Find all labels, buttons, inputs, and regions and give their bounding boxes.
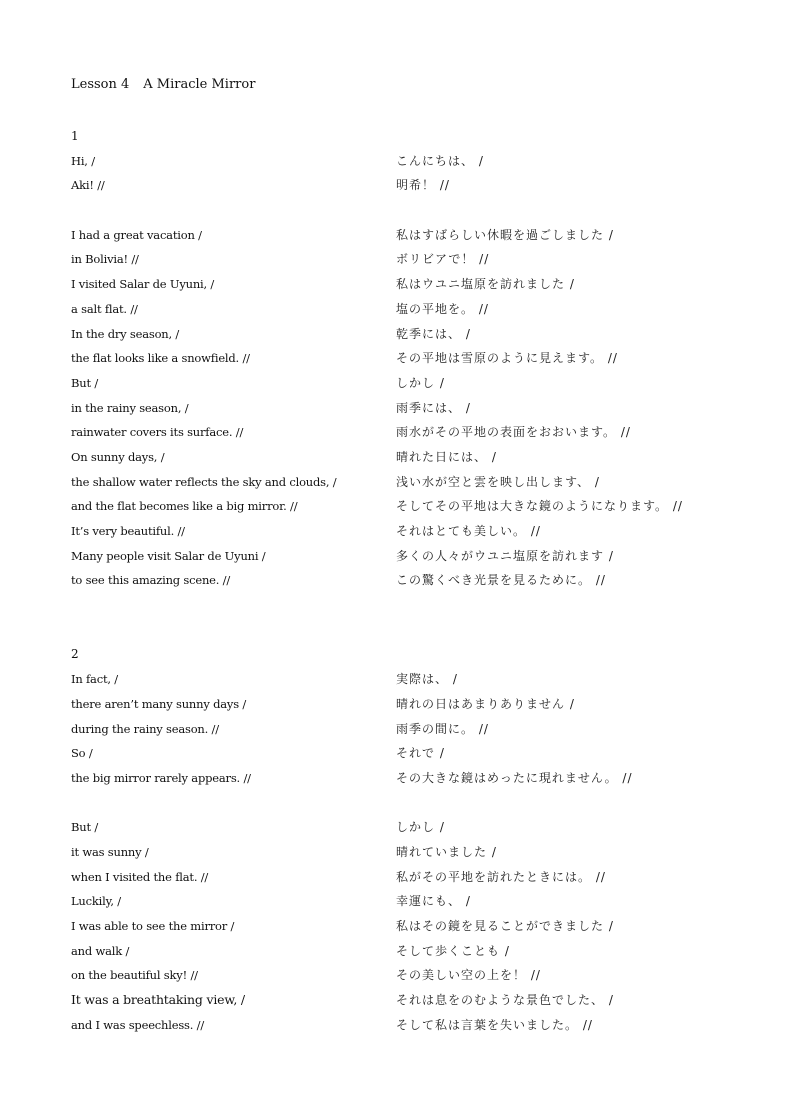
sentence-row: Many people visit Salar de Uyuni /多くの人々が…: [71, 544, 751, 569]
sentence-row: the shallow water reflects the sky and c…: [71, 470, 751, 495]
english-chunk: Many people visit Salar de Uyuni /: [71, 544, 396, 569]
english-chunk: during the rainy season. //: [71, 717, 396, 742]
sentence-row: But /しかし /: [71, 815, 751, 840]
japanese-chunk: 多くの人々がウユニ塩原を訪れます /: [396, 544, 614, 569]
sentence-row: I visited Salar de Uyuni, /私はウユニ塩原を訪れました…: [71, 272, 751, 297]
english-chunk: there aren’t many sunny days /: [71, 692, 396, 717]
sentence-row: it was sunny /晴れていました /: [71, 840, 751, 865]
japanese-chunk: この驚くべき光景を見るために。 //: [396, 568, 606, 593]
english-chunk: and I was speechless. //: [71, 1013, 396, 1038]
japanese-chunk: ボリビアで！ //: [396, 247, 489, 272]
english-chunk: I was able to see the mirror /: [71, 914, 396, 939]
japanese-chunk: そして私は言葉を失いました。 //: [396, 1013, 593, 1038]
japanese-chunk: その美しい空の上を！ //: [396, 963, 541, 988]
sentence-row: But /しかし /: [71, 371, 751, 396]
japanese-chunk: 雨水がその平地の表面をおおいます。 //: [396, 420, 631, 445]
lesson-number: Lesson 4: [71, 77, 129, 92]
japanese-chunk: 晴れの日はあまりありません /: [396, 692, 575, 717]
english-chunk: But /: [71, 815, 396, 840]
english-chunk: So /: [71, 741, 396, 766]
spacer: [71, 593, 751, 618]
japanese-chunk: 私はその鏡を見ることができました /: [396, 914, 614, 939]
english-chunk: I visited Salar de Uyuni, /: [71, 272, 396, 297]
english-chunk: the shallow water reflects the sky and c…: [71, 470, 396, 495]
japanese-chunk: 晴れた日には、 /: [396, 445, 497, 470]
english-chunk: On sunny days, /: [71, 445, 396, 470]
sentence-row: In fact, /実際は、 /: [71, 667, 751, 692]
japanese-chunk: しかし /: [396, 371, 445, 396]
spacer: [71, 618, 751, 643]
japanese-chunk: その大きな鏡はめったに現れません。 //: [396, 766, 633, 791]
english-chunk: Luckily, /: [71, 889, 396, 914]
japanese-chunk: 晴れていました /: [396, 840, 497, 865]
sentence-row: In the dry season, /乾季には、 /: [71, 322, 751, 347]
english-chunk: In fact, /: [71, 667, 396, 692]
japanese-chunk: そして歩くことも /: [396, 939, 510, 964]
sentence-row: there aren’t many sunny days /晴れの日はあまりあり…: [71, 692, 751, 717]
japanese-chunk: 浅い水が空と雲を映し出します、 /: [396, 470, 600, 495]
japanese-chunk: 雨季には、 /: [396, 396, 471, 421]
sentence-row: I was able to see the mirror /私はその鏡を見ること…: [71, 914, 751, 939]
japanese-chunk: 幸運にも、 /: [396, 889, 471, 914]
english-chunk: the flat looks like a snowfield. //: [71, 346, 396, 371]
sentence-row: on the beautiful sky! //その美しい空の上を！ //: [71, 963, 751, 988]
section-number: 2: [71, 642, 79, 667]
sentence-row: and walk /そして歩くことも /: [71, 939, 751, 964]
sentence-row: in Bolivia! //ボリビアで！ //: [71, 247, 751, 272]
sentence-row: It’s very beautiful. //それはとても美しい。 //: [71, 519, 751, 544]
sentence-row: and the flat becomes like a big mirror. …: [71, 494, 751, 519]
sentence-row: and I was speechless. //そして私は言葉を失いました。 /…: [71, 1013, 751, 1038]
japanese-chunk: それは息をのむような景色でした、 /: [396, 988, 614, 1013]
lesson-title: Lesson 4A Miracle Mirror: [71, 75, 751, 95]
english-chunk: Hi, /: [71, 149, 396, 174]
english-chunk: rainwater covers its surface. //: [71, 420, 396, 445]
sentence-row: during the rainy season. //雨季の間に。 //: [71, 717, 751, 742]
spacer: [71, 791, 751, 816]
lesson-page: Lesson 4A Miracle Mirror 1 Hi, /こんにちは、 /…: [71, 75, 751, 1037]
section-number: 1: [71, 124, 79, 149]
japanese-chunk: 私はウユニ塩原を訪れました /: [396, 272, 575, 297]
japanese-chunk: 私はすばらしい休暇を過ごしました /: [396, 223, 614, 248]
japanese-chunk: 乾季には、 /: [396, 322, 471, 347]
japanese-chunk: 実際は、 /: [396, 667, 458, 692]
english-chunk: In the dry season, /: [71, 322, 396, 347]
sentence-row: Aki! //明希！ //: [71, 173, 751, 198]
sentence-row: On sunny days, /晴れた日には、 /: [71, 445, 751, 470]
english-chunk: and walk /: [71, 939, 396, 964]
sentence-row: I had a great vacation /私はすばらしい休暇を過ごしました…: [71, 223, 751, 248]
english-chunk: in the rainy season, /: [71, 396, 396, 421]
japanese-chunk: 雨季の間に。 //: [396, 717, 489, 742]
section-number-row: 1: [71, 124, 751, 149]
english-chunk: I had a great vacation /: [71, 223, 396, 248]
english-chunk: in Bolivia! //: [71, 247, 396, 272]
section-number-row: 2: [71, 642, 751, 667]
english-chunk: Aki! //: [71, 173, 396, 198]
japanese-chunk: それはとても美しい。 //: [396, 519, 541, 544]
lesson-name: A Miracle Mirror: [143, 77, 255, 92]
japanese-chunk: 塩の平地を。 //: [396, 297, 489, 322]
english-chunk: the big mirror rarely appears. //: [71, 766, 396, 791]
japanese-chunk: そしてその平地は大きな鏡のようになります。 //: [396, 494, 683, 519]
japanese-chunk: こんにちは、 /: [396, 149, 484, 174]
english-chunk: It’s very beautiful. //: [71, 519, 396, 544]
sentence-row: to see this amazing scene. //この驚くべき光景を見る…: [71, 568, 751, 593]
sentence-row: So /それで /: [71, 741, 751, 766]
sentence-row: a salt flat. //塩の平地を。 //: [71, 297, 751, 322]
spacer: [71, 198, 751, 223]
sentence-row: the big mirror rarely appears. //その大きな鏡は…: [71, 766, 751, 791]
japanese-chunk: それで /: [396, 741, 445, 766]
english-chunk: to see this amazing scene. //: [71, 568, 396, 593]
japanese-chunk: しかし /: [396, 815, 445, 840]
sentence-row: the flat looks like a snowfield. //その平地は…: [71, 346, 751, 371]
english-chunk: it was sunny /: [71, 840, 396, 865]
sentence-row: It was a breathtaking view, /それは息をのむような景…: [71, 988, 751, 1013]
japanese-chunk: 私がその平地を訪れたときには。 //: [396, 865, 606, 890]
sentence-row: when I visited the flat. //私がその平地を訪れたときに…: [71, 865, 751, 890]
english-chunk: a salt flat. //: [71, 297, 396, 322]
japanese-chunk: 明希！ //: [396, 173, 450, 198]
japanese-chunk: その平地は雪原のように見えます。 //: [396, 346, 618, 371]
sentence-row: rainwater covers its surface. //雨水がその平地の…: [71, 420, 751, 445]
sentence-row: Luckily, /幸運にも、 /: [71, 889, 751, 914]
english-chunk: when I visited the flat. //: [71, 865, 396, 890]
sentence-row: in the rainy season, /雨季には、 /: [71, 396, 751, 421]
english-chunk: on the beautiful sky! //: [71, 963, 396, 988]
sentence-row: Hi, /こんにちは、 /: [71, 149, 751, 174]
english-chunk: and the flat becomes like a big mirror. …: [71, 494, 396, 519]
english-chunk: It was a breathtaking view, /: [71, 988, 396, 1013]
english-chunk: But /: [71, 371, 396, 396]
